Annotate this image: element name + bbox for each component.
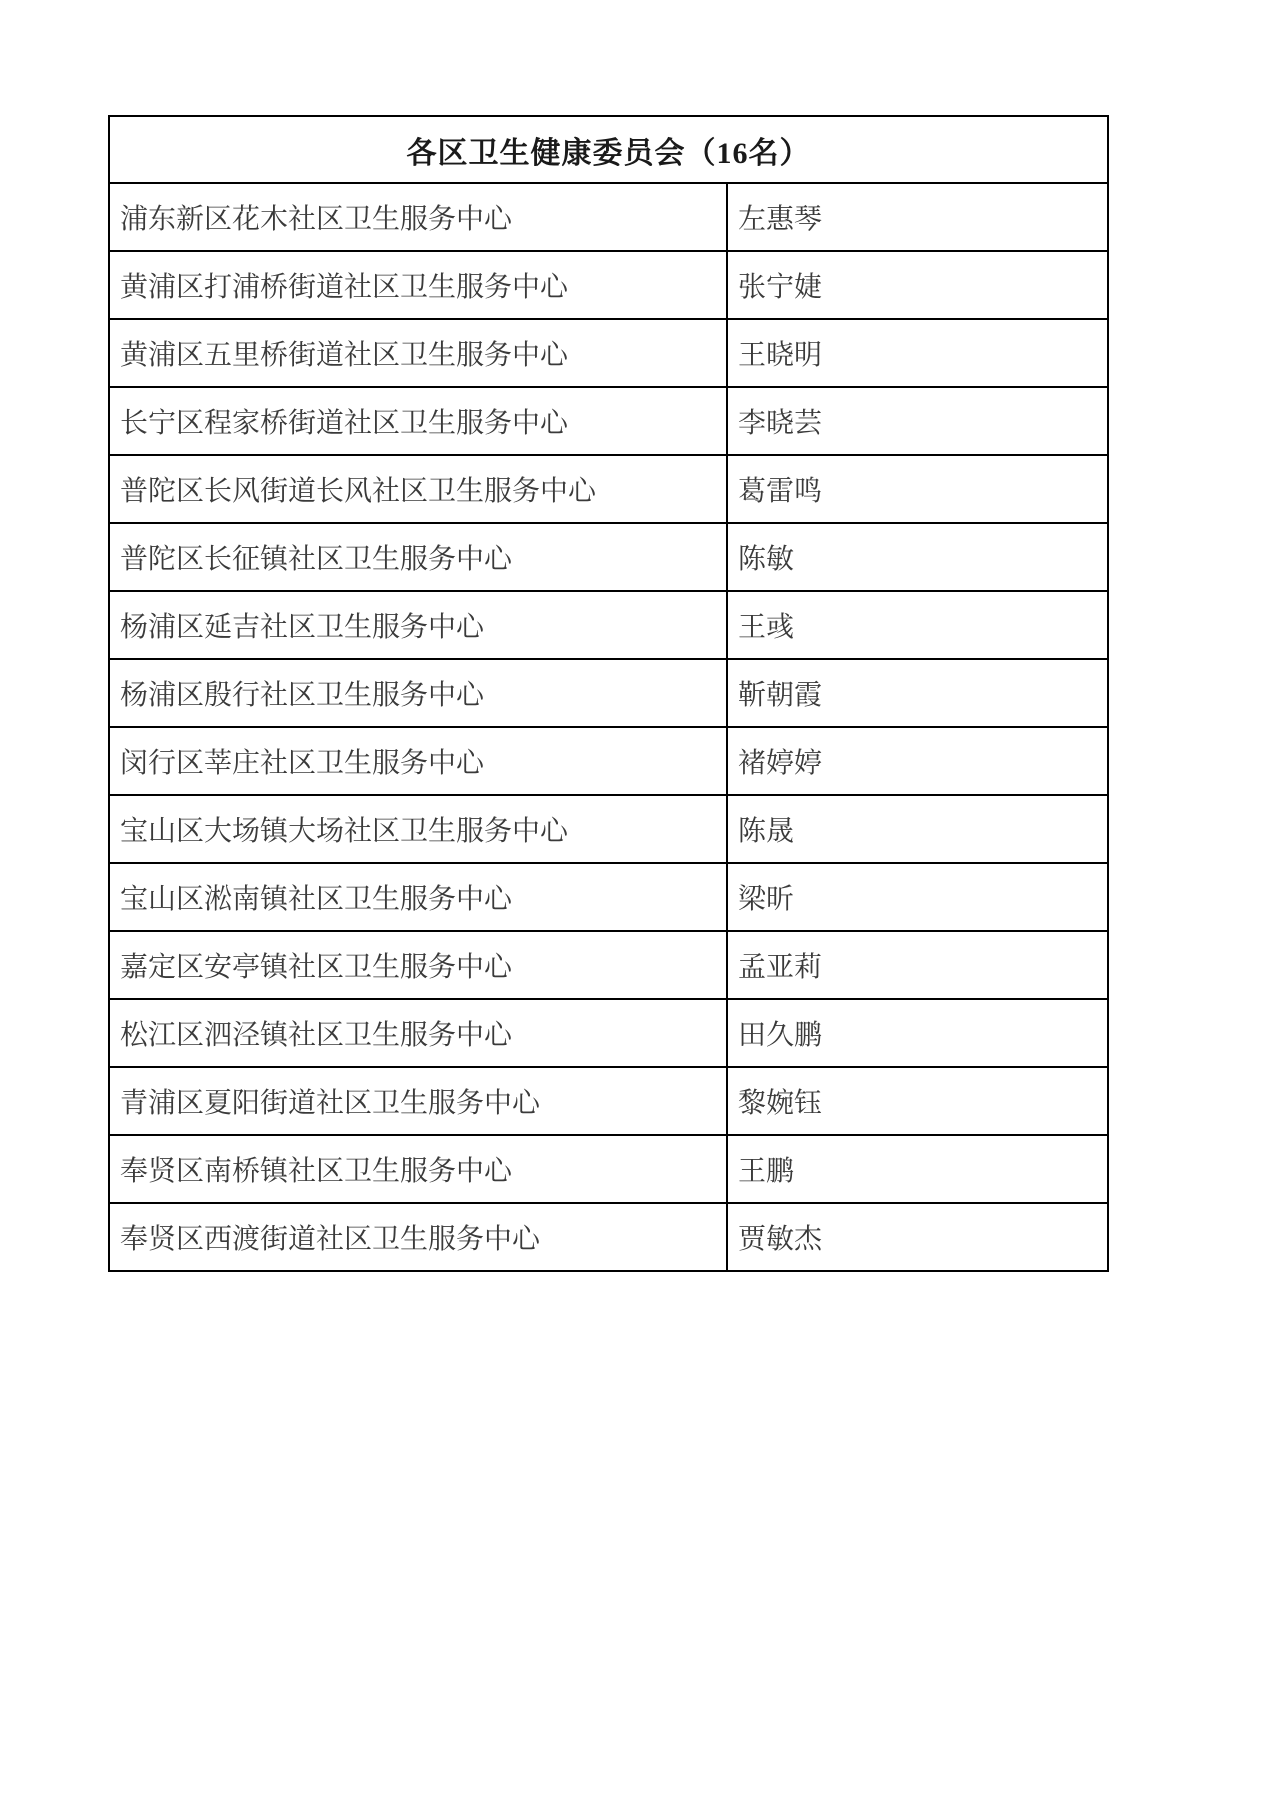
table-row: 闵行区莘庄社区卫生服务中心 褚婷婷 (109, 727, 1108, 795)
org-cell: 宝山区大场镇大场社区卫生服务中心 (109, 795, 727, 863)
name-cell: 王鹏 (727, 1135, 1108, 1203)
org-cell: 嘉定区安亭镇社区卫生服务中心 (109, 931, 727, 999)
name-cell: 黎婉钰 (727, 1067, 1108, 1135)
name-cell: 陈敏 (727, 523, 1108, 591)
table-body: 浦东新区花木社区卫生服务中心 左惠琴 黄浦区打浦桥街道社区卫生服务中心 张宁婕 … (109, 183, 1108, 1271)
name-cell: 贾敏杰 (727, 1203, 1108, 1271)
table-row: 杨浦区殷行社区卫生服务中心 靳朝霞 (109, 659, 1108, 727)
org-cell: 黄浦区五里桥街道社区卫生服务中心 (109, 319, 727, 387)
org-cell: 黄浦区打浦桥街道社区卫生服务中心 (109, 251, 727, 319)
table-row: 青浦区夏阳街道社区卫生服务中心 黎婉钰 (109, 1067, 1108, 1135)
table-title-row: 各区卫生健康委员会（16名） (109, 116, 1108, 183)
org-cell: 宝山区淞南镇社区卫生服务中心 (109, 863, 727, 931)
name-cell: 靳朝霞 (727, 659, 1108, 727)
org-cell: 青浦区夏阳街道社区卫生服务中心 (109, 1067, 727, 1135)
table-row: 松江区泗泾镇社区卫生服务中心 田久鹏 (109, 999, 1108, 1067)
name-cell: 田久鹏 (727, 999, 1108, 1067)
table-row: 嘉定区安亭镇社区卫生服务中心 孟亚莉 (109, 931, 1108, 999)
table-row: 普陀区长征镇社区卫生服务中心 陈敏 (109, 523, 1108, 591)
name-cell: 王彧 (727, 591, 1108, 659)
org-cell: 杨浦区殷行社区卫生服务中心 (109, 659, 727, 727)
table-title: 各区卫生健康委员会（16名） (109, 116, 1108, 183)
org-cell: 奉贤区南桥镇社区卫生服务中心 (109, 1135, 727, 1203)
table-row: 黄浦区五里桥街道社区卫生服务中心 王晓明 (109, 319, 1108, 387)
table-row: 长宁区程家桥街道社区卫生服务中心 李晓芸 (109, 387, 1108, 455)
name-cell: 左惠琴 (727, 183, 1108, 251)
document-page: 各区卫生健康委员会（16名） 浦东新区花木社区卫生服务中心 左惠琴 黄浦区打浦桥… (0, 0, 1280, 1810)
table-row: 浦东新区花木社区卫生服务中心 左惠琴 (109, 183, 1108, 251)
table-row: 奉贤区南桥镇社区卫生服务中心 王鹏 (109, 1135, 1108, 1203)
table-row: 宝山区大场镇大场社区卫生服务中心 陈晟 (109, 795, 1108, 863)
table-row: 杨浦区延吉社区卫生服务中心 王彧 (109, 591, 1108, 659)
table-row: 黄浦区打浦桥街道社区卫生服务中心 张宁婕 (109, 251, 1108, 319)
org-cell: 闵行区莘庄社区卫生服务中心 (109, 727, 727, 795)
name-cell: 孟亚莉 (727, 931, 1108, 999)
org-cell: 普陀区长征镇社区卫生服务中心 (109, 523, 727, 591)
name-cell: 陈晟 (727, 795, 1108, 863)
org-cell: 杨浦区延吉社区卫生服务中心 (109, 591, 727, 659)
org-cell: 普陀区长风街道长风社区卫生服务中心 (109, 455, 727, 523)
table-row: 普陀区长风街道长风社区卫生服务中心 葛雷鸣 (109, 455, 1108, 523)
org-cell: 松江区泗泾镇社区卫生服务中心 (109, 999, 727, 1067)
table-row: 宝山区淞南镇社区卫生服务中心 梁昕 (109, 863, 1108, 931)
org-cell: 奉贤区西渡街道社区卫生服务中心 (109, 1203, 727, 1271)
org-cell: 浦东新区花木社区卫生服务中心 (109, 183, 727, 251)
name-cell: 张宁婕 (727, 251, 1108, 319)
name-cell: 葛雷鸣 (727, 455, 1108, 523)
name-cell: 褚婷婷 (727, 727, 1108, 795)
table-row: 奉贤区西渡街道社区卫生服务中心 贾敏杰 (109, 1203, 1108, 1271)
health-commission-table: 各区卫生健康委员会（16名） 浦东新区花木社区卫生服务中心 左惠琴 黄浦区打浦桥… (108, 115, 1109, 1272)
name-cell: 李晓芸 (727, 387, 1108, 455)
name-cell: 梁昕 (727, 863, 1108, 931)
name-cell: 王晓明 (727, 319, 1108, 387)
org-cell: 长宁区程家桥街道社区卫生服务中心 (109, 387, 727, 455)
